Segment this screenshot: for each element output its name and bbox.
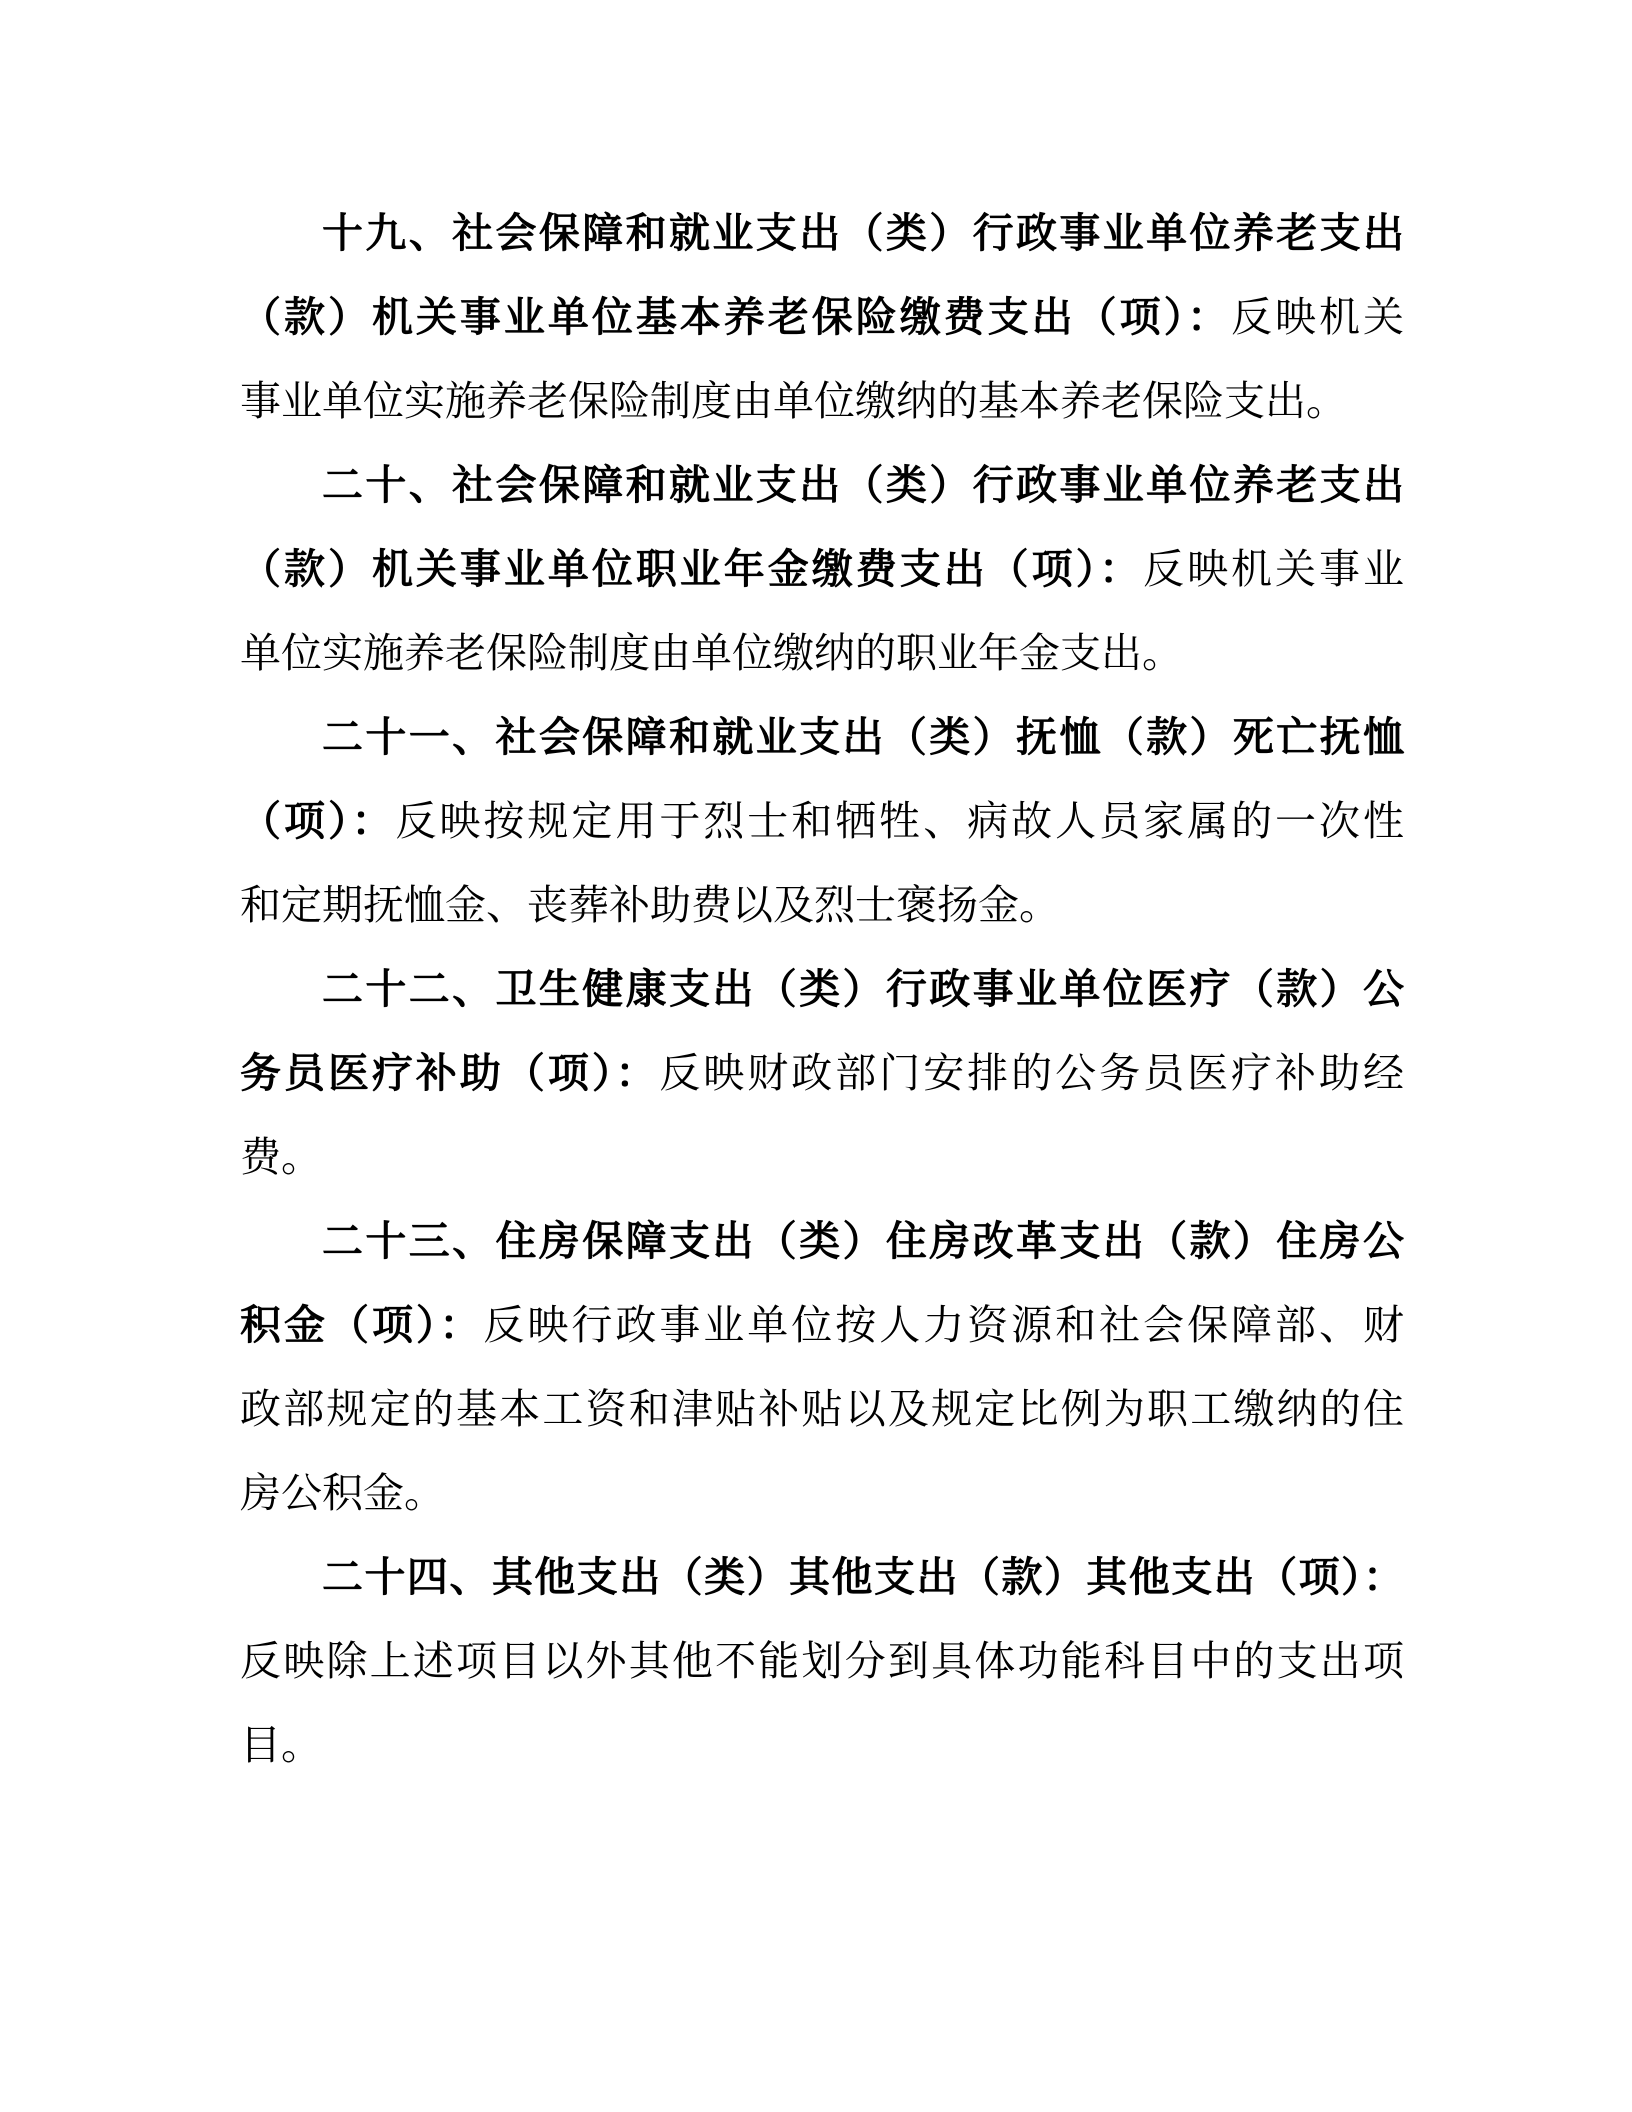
- clause-heading-text: 二十三、住房保障支出（类）住房改革支出（款）住房公: [322, 1218, 1404, 1264]
- clause-body-text: 政部规定的基本工资和津贴补贴以及规定比例为职工缴纳的住: [240, 1386, 1404, 1432]
- clause-heading-text: （款）机关事业单位职业年金缴费支出（项）：: [240, 546, 1143, 592]
- text-line: 和定期抚恤金、丧葬补助费以及烈士褒扬金。: [240, 863, 1404, 947]
- text-line: 事业单位实施养老保险制度由单位缴纳的基本养老保险支出。: [240, 359, 1404, 443]
- clause-heading-text: 积金（项）：: [240, 1302, 483, 1348]
- clause-heading-text: 二十二、卫生健康支出（类）行政事业单位医疗（款）公: [322, 966, 1404, 1012]
- text-line: 费。: [240, 1115, 1404, 1199]
- clause-body-text: 和定期抚恤金、丧葬补助费以及烈士褒扬金。: [240, 882, 1060, 928]
- text-line: （款）机关事业单位基本养老保险缴费支出（项）：反映机关: [240, 275, 1404, 359]
- clause-heading-text: 二十、社会保障和就业支出（类）行政事业单位养老支出: [322, 462, 1404, 508]
- clause-heading-text: （款）机关事业单位基本养老保险缴费支出（项）：: [240, 294, 1231, 340]
- text-line: 积金（项）：反映行政事业单位按人力资源和社会保障部、财: [240, 1283, 1404, 1367]
- clause-heading-text: 二十一、社会保障和就业支出（类）抚恤（款）死亡抚恤: [322, 714, 1404, 760]
- clause-body-text: 反映除上述项目以外其他不能划分到具体功能科目中的支出项: [240, 1638, 1404, 1684]
- text-line: 二十三、住房保障支出（类）住房改革支出（款）住房公: [240, 1199, 1404, 1283]
- clause-body-text: 反映机关事业: [1143, 546, 1404, 592]
- clause-body-text: 目。: [240, 1722, 322, 1768]
- document-lines: 十九、社会保障和就业支出（类）行政事业单位养老支出（款）机关事业单位基本养老保险…: [240, 191, 1404, 1787]
- text-line: 反映除上述项目以外其他不能划分到具体功能科目中的支出项: [240, 1619, 1404, 1703]
- text-line: 十九、社会保障和就业支出（类）行政事业单位养老支出: [240, 191, 1404, 275]
- clause-body-text: 反映行政事业单位按人力资源和社会保障部、财: [483, 1302, 1404, 1348]
- text-line: 二十四、其他支出（类）其他支出（款）其他支出（项）：: [240, 1535, 1404, 1619]
- clause-body-text: 单位实施养老保险制度由单位缴纳的职业年金支出。: [240, 630, 1183, 676]
- text-line: 二十一、社会保障和就业支出（类）抚恤（款）死亡抚恤: [240, 695, 1404, 779]
- text-line: 房公积金。: [240, 1451, 1404, 1535]
- clause-body-text: 房公积金。: [240, 1470, 445, 1516]
- text-line: 二十二、卫生健康支出（类）行政事业单位医疗（款）公: [240, 947, 1404, 1031]
- clause-heading-text: 务员医疗补助（项）：: [240, 1050, 659, 1096]
- text-line: （款）机关事业单位职业年金缴费支出（项）：反映机关事业: [240, 527, 1404, 611]
- text-line: 务员医疗补助（项）：反映财政部门安排的公务员医疗补助经: [240, 1031, 1404, 1115]
- clause-body-text: 反映机关: [1231, 294, 1404, 340]
- clause-body-text: 反映按规定用于烈士和牺牲、病故人员家属的一次性: [395, 798, 1404, 844]
- clause-body-text: 反映财政部门安排的公务员医疗补助经: [659, 1050, 1404, 1096]
- clause-heading-text: 十九、社会保障和就业支出（类）行政事业单位养老支出: [322, 210, 1404, 256]
- document-page: 十九、社会保障和就业支出（类）行政事业单位养老支出（款）机关事业单位基本养老保险…: [0, 0, 1632, 2112]
- clause-body-text: 事业单位实施养老保险制度由单位缴纳的基本养老保险支出。: [240, 378, 1347, 424]
- text-line: 目。: [240, 1703, 1404, 1787]
- text-line: （项）：反映按规定用于烈士和牺牲、病故人员家属的一次性: [240, 779, 1404, 863]
- text-line: 政部规定的基本工资和津贴补贴以及规定比例为职工缴纳的住: [240, 1367, 1404, 1451]
- clause-heading-text: 二十四、其他支出（类）其他支出（款）其他支出（项）：: [322, 1554, 1404, 1600]
- text-line: 二十、社会保障和就业支出（类）行政事业单位养老支出: [240, 443, 1404, 527]
- text-line: 单位实施养老保险制度由单位缴纳的职业年金支出。: [240, 611, 1404, 695]
- clause-heading-text: （项）：: [240, 798, 395, 844]
- clause-body-text: 费。: [240, 1134, 322, 1180]
